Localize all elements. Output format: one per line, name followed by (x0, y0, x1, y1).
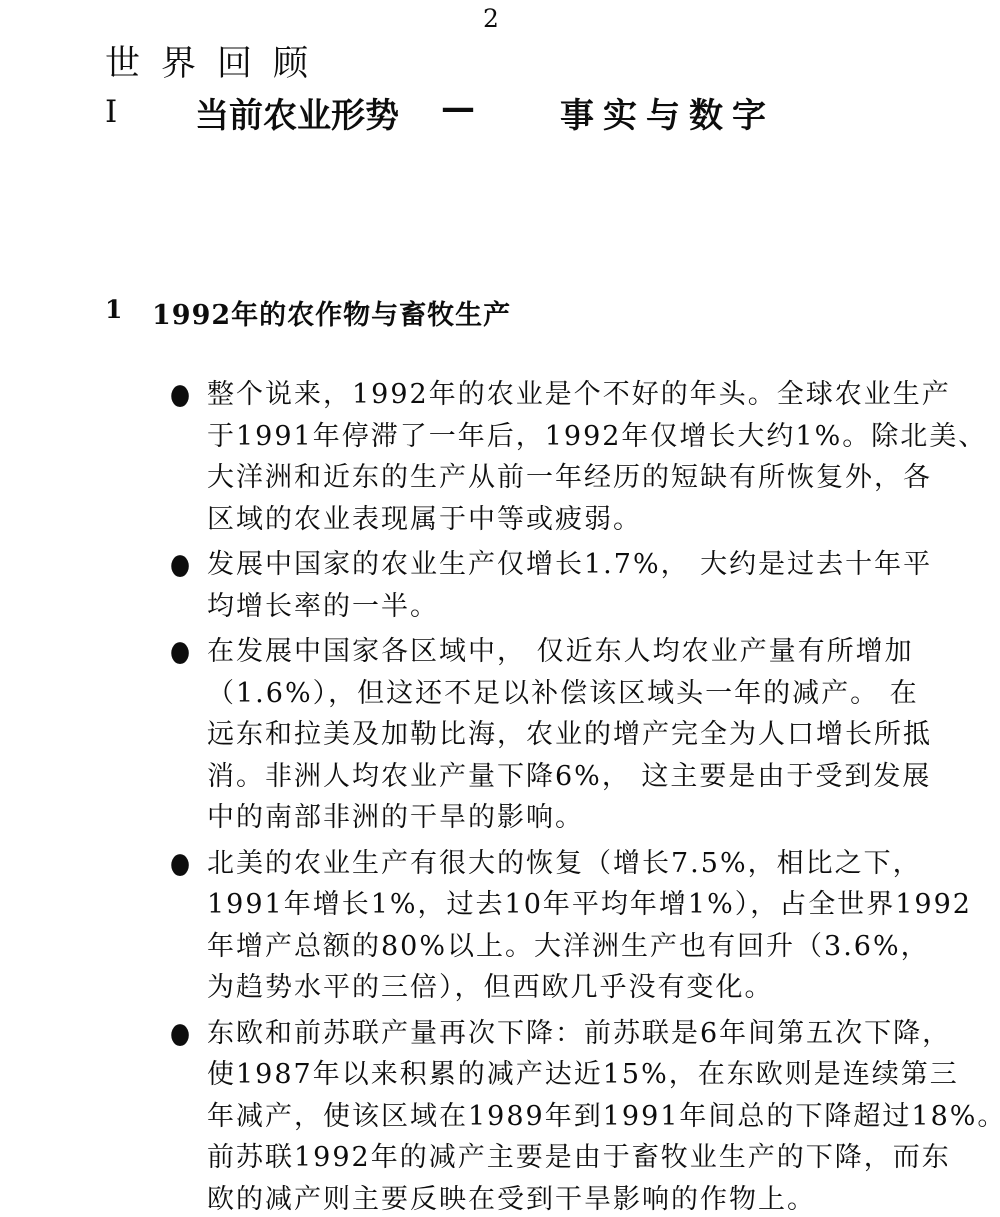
bullet-text: 北美的农业生产有很大的恢复（增长7.5%，相比之下， 1991年增长1%，过去1… (207, 843, 970, 1009)
bullet-line: 北美的农业生产有很大的恢复（增长7.5%，相比之下， (207, 843, 970, 885)
bullet-line: 整个说来，1992年的农业是个不好的年头。全球农业生产 (207, 374, 970, 416)
bullet-icon: ● (170, 370, 207, 422)
bullet-line: 欧的减产则主要反映在受到干旱影响的作物上。 (207, 1179, 970, 1217)
section-number: 1 (105, 295, 122, 324)
chapter-heading: I 当前农业形势 — 事实与数字 (105, 88, 885, 136)
chapter-numeral: I (105, 94, 117, 130)
document-page: 2 世界回顾 I 当前农业形势 — 事实与数字 1 1992年的农作物与畜牧生产… (0, 0, 1000, 1217)
bullet-item: ● 在发展中国家各区域中， 仅近东人均农业产量有所增加 （1.6%），但这还不足… (170, 631, 970, 839)
bullet-item: ● 整个说来，1992年的农业是个不好的年头。全球农业生产 于1991年停滞了一… (170, 374, 970, 540)
bullet-line: 东欧和前苏联产量再次下降：前苏联是6年间第五次下降， (207, 1013, 970, 1055)
bullet-line: 使1987年以来积累的减产达近15%，在东欧则是连续第三 (207, 1054, 970, 1096)
bullet-icon: ● (170, 1008, 207, 1060)
section-heading: 1 1992年的农作物与畜牧生产 (105, 293, 905, 329)
bullet-line: 消。非洲人均农业产量下降6%， 这主要是由于受到发展 (207, 756, 970, 798)
bullet-icon: ● (170, 540, 207, 592)
bullet-line: （1.6%），但这还不足以补偿该区域头一年的减产。 在 (207, 673, 970, 715)
section-title: 1992年的农作物与畜牧生产 (152, 293, 511, 332)
bullet-icon: ● (170, 838, 207, 890)
document-title: 世界回顾 (105, 36, 329, 86)
bullet-icon: ● (170, 627, 207, 679)
bullet-line: 1991年增长1%，过去10年平均年增1%），占全世界1992 (207, 884, 970, 926)
chapter-dash: — (441, 88, 475, 128)
bullet-line: 于1991年停滞了一年后，1992年仅增长大约1%。除北美、 (207, 416, 970, 458)
bullet-line: 大洋洲和近东的生产从前一年经历的短缺有所恢复外，各 (207, 457, 970, 499)
bullet-text: 整个说来，1992年的农业是个不好的年头。全球农业生产 于1991年停滞了一年后… (207, 374, 970, 540)
bullet-text: 在发展中国家各区域中， 仅近东人均农业产量有所增加 （1.6%），但这还不足以补… (207, 631, 970, 839)
bullet-text: 东欧和前苏联产量再次下降：前苏联是6年间第五次下降， 使1987年以来积累的减产… (207, 1013, 970, 1217)
bullet-line: 为趋势水平的三倍），但西欧几乎没有变化。 (207, 967, 970, 1009)
chapter-title-part1: 当前农业形势 (195, 88, 399, 137)
bullet-line: 年减产，使该区域在1989年到1991年间总的下降超过18%。 (207, 1096, 970, 1138)
page-number: 2 (483, 4, 499, 33)
bullet-line: 远东和拉美及加勒比海，农业的增产完全为人口增长所抵 (207, 714, 970, 756)
bullet-list: ● 整个说来，1992年的农业是个不好的年头。全球农业生产 于1991年停滞了一… (170, 374, 970, 1217)
bullet-line: 中的南部非洲的干旱的影响。 (207, 797, 970, 839)
bullet-line: 区域的农业表现属于中等或疲弱。 (207, 499, 970, 541)
bullet-line: 前苏联1992年的减产主要是由于畜牧业生产的下降，而东 (207, 1137, 970, 1179)
bullet-item: ● 发展中国家的农业生产仅增长1.7%， 大约是过去十年平 均增长率的一半。 (170, 544, 970, 627)
bullet-line: 均增长率的一半。 (207, 586, 970, 628)
bullet-line: 年增产总额的80%以上。大洋洲生产也有回升（3.6%， (207, 926, 970, 968)
bullet-line: 在发展中国家各区域中， 仅近东人均农业产量有所增加 (207, 631, 970, 673)
chapter-title-part2: 事实与数字 (560, 88, 775, 137)
bullet-text: 发展中国家的农业生产仅增长1.7%， 大约是过去十年平 均增长率的一半。 (207, 544, 970, 627)
bullet-item: ● 东欧和前苏联产量再次下降：前苏联是6年间第五次下降， 使1987年以来积累的… (170, 1013, 970, 1217)
bullet-item: ● 北美的农业生产有很大的恢复（增长7.5%，相比之下， 1991年增长1%，过… (170, 843, 970, 1009)
bullet-line: 发展中国家的农业生产仅增长1.7%， 大约是过去十年平 (207, 544, 970, 586)
